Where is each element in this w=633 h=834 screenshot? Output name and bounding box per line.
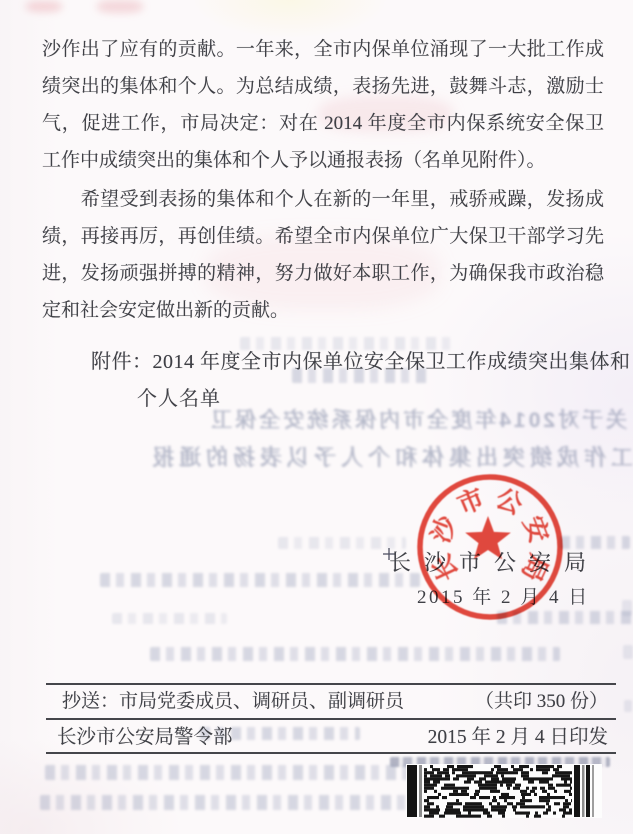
bleed-through-smudge	[150, 647, 560, 661]
official-seal: 长沙市公安局	[413, 470, 567, 624]
bleed-through-smudge	[622, 600, 632, 616]
svg-text:沙: 沙	[426, 511, 463, 547]
attachment-title: 2014 年度全市内保单位安全保卫工作成绩突出集体和	[153, 351, 631, 373]
svg-text:局: 局	[516, 550, 553, 586]
body-line: 希望受到表扬的集体和个人在新的一年里，戒骄戒躁，发扬成	[42, 181, 604, 218]
footer-divider-2	[46, 718, 616, 720]
bleed-through-title-line-2: 工作成绩突出集体和个人予以表扬的通报	[68, 441, 633, 472]
attachment-line-1: 附件：2014 年度全市内保单位安全保卫工作成绩突出集体和	[91, 344, 631, 381]
attachment-label: 附件：	[91, 351, 153, 373]
body-line: 定和社会安定做出新的贡献。	[42, 292, 604, 329]
bleed-through-smudge	[112, 613, 227, 624]
body-line: 绩，再接再厉，再创佳绩。希望全市内保单位广大保卫干部学习先	[42, 218, 604, 255]
body-line: 气，促进工作，市局决定：对在 2014 年度全市内保系统安全保卫	[42, 105, 604, 142]
body-line: 工作中成绩突出的集体和个人予以通报表扬（名单见附件）。	[42, 142, 604, 179]
bleed-through-smudge	[45, 765, 417, 780]
body-paragraph-2: 希望受到表扬的集体和个人在新的一年里，戒骄戒躁，发扬成绩，再接再厉，再创佳绩。希…	[42, 181, 604, 329]
red-bleed-mark	[26, 1, 62, 12]
body-line: 沙作出了应有的贡献。一年来，全市内保单位涌现了一大批工作成	[42, 31, 604, 68]
body-line: 绩突出的集体和个人。为总结成绩，表扬先进，鼓舞斗志，激励士	[42, 68, 604, 105]
body-paragraph-1: 沙作出了应有的贡献。一年来，全市内保单位涌现了一大批工作成绩突出的集体和个人。为…	[42, 31, 604, 179]
copy-distribution-row: 抄送：市局党委成员、调研员、副调研员 （共印 350 份）	[62, 688, 608, 715]
bleed-through-smudge	[623, 645, 633, 659]
footer-divider-1	[46, 683, 616, 685]
issuer-row: 长沙市公安局警令部 2015 年 2 月 4 日印发	[57, 723, 608, 752]
barcode	[406, 764, 602, 818]
copy-label: 抄送：	[62, 691, 119, 712]
issuer-name: 长沙市公安局警令部	[57, 723, 233, 752]
attachment-line-2: 个人名单	[137, 381, 221, 418]
svg-text:长: 长	[427, 550, 464, 586]
svg-text:公: 公	[492, 483, 527, 520]
scanned-document-page: 沙作出了应有的贡献。一年来，全市内保单位涌现了一大批工作成绩突出的集体和个人。为…	[0, 0, 633, 834]
copy-recipients: 抄送：市局党委成员、调研员、副调研员	[62, 688, 404, 715]
copy-recipients-text: 市局党委成员、调研员、副调研员	[119, 691, 404, 712]
bleed-through-smudge	[100, 573, 420, 587]
svg-text:市: 市	[453, 483, 488, 520]
bleed-through-smudge	[40, 795, 418, 810]
seal-star-icon	[465, 516, 511, 559]
print-count: （共印 350 份）	[475, 688, 608, 715]
issue-date: 2015 年 2 月 4 日印发	[428, 723, 608, 752]
bleed-through-smudge	[624, 700, 632, 712]
footer-divider-3	[46, 752, 616, 754]
svg-text:安: 安	[518, 512, 554, 547]
red-bleed-mark	[97, 0, 143, 13]
body-line: 进，发扬顽强拼搏的精神，努力做好本职工作，为确保我市政治稳	[42, 255, 604, 292]
